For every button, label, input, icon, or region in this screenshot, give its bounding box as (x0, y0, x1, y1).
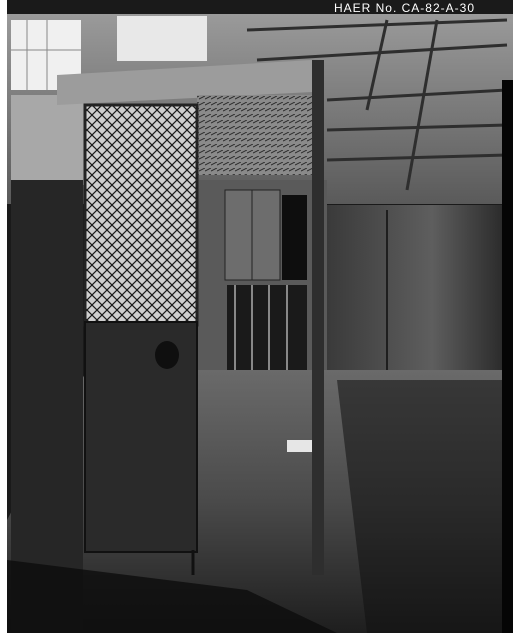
photograph (7, 0, 513, 633)
photo-scene (7, 0, 513, 633)
photo-caption: HAER No. CA-82-A-30 (334, 1, 475, 15)
photo-frame: HAER No. CA-82-A-30 (0, 0, 517, 640)
